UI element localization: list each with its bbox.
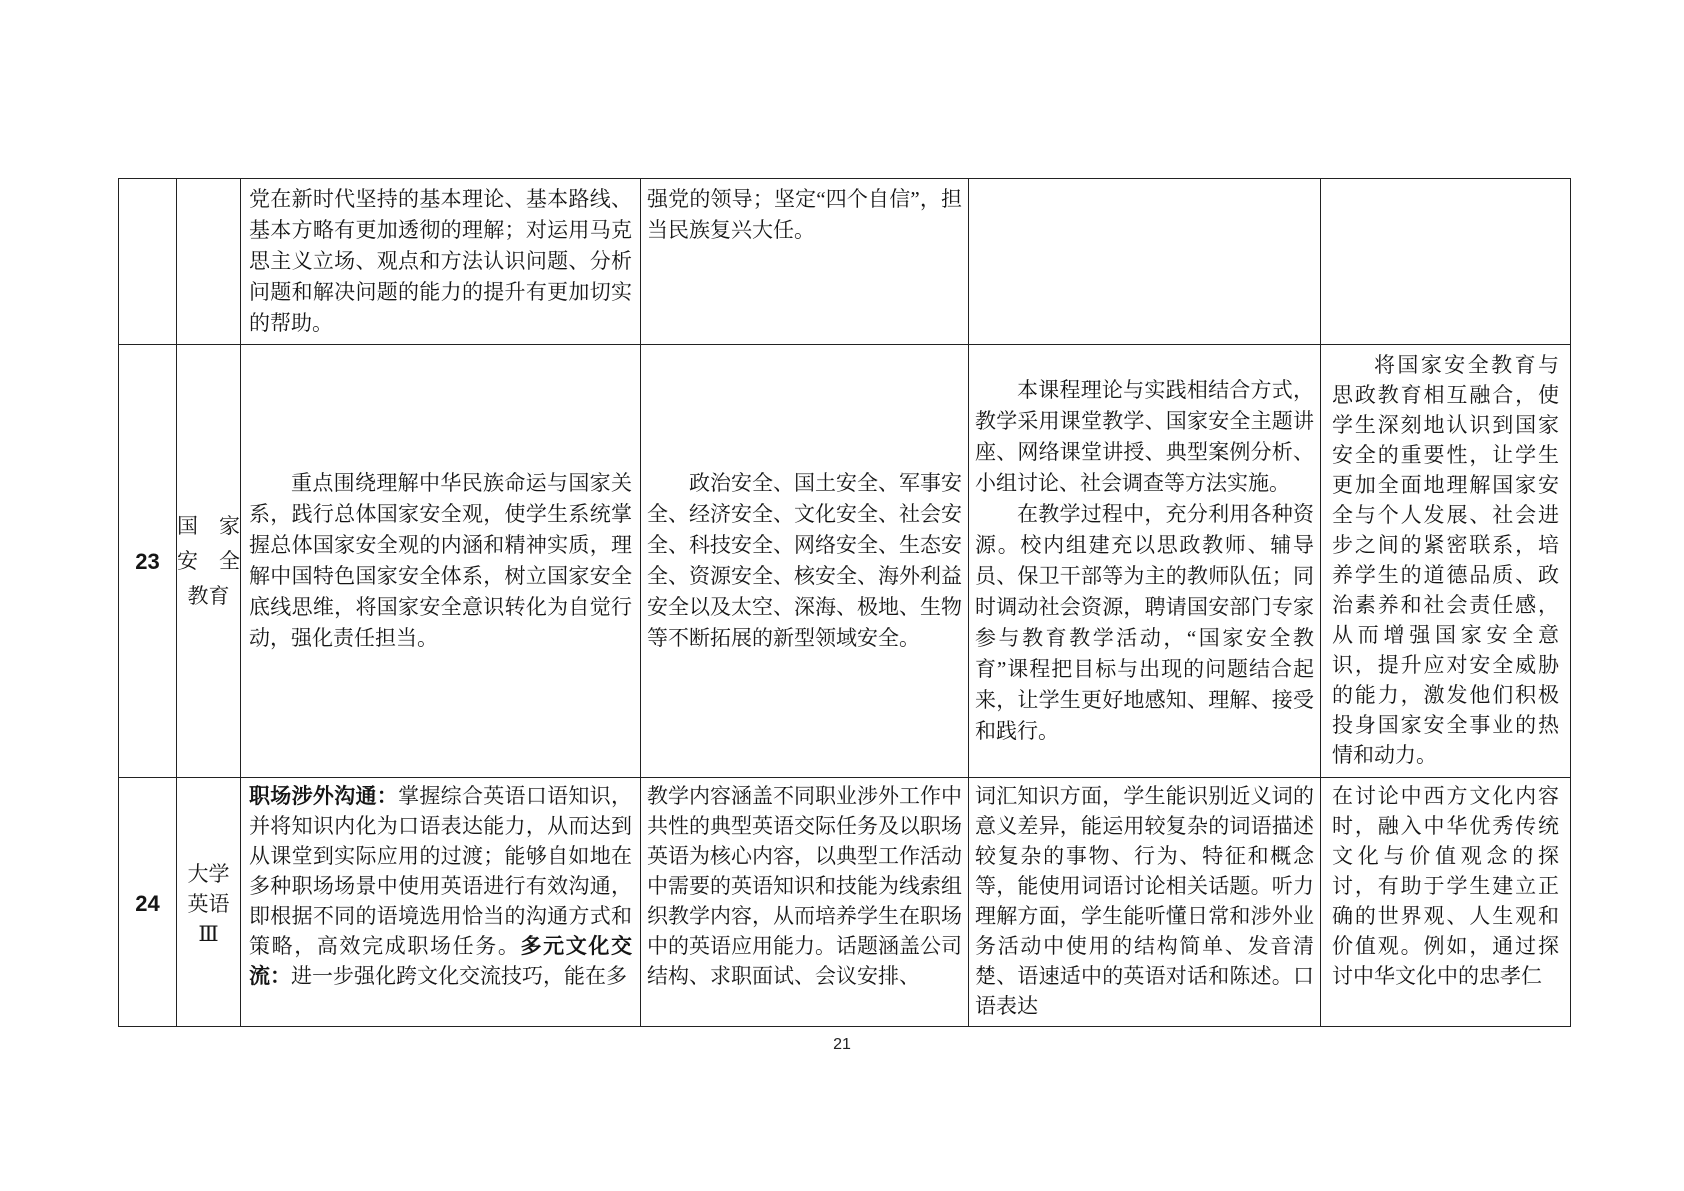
course-name-line: 国 家 <box>177 509 240 544</box>
table-row-23: 23 国 家 安 全 教育 重点围绕理解中华民族命运与国家关系，践行总体国家安全… <box>119 345 1571 778</box>
row24-course-cell: 大学 英语 Ⅲ <box>177 778 241 1027</box>
row23-col3-cell: 重点围绕理解中华民族命运与国家关系，践行总体国家安全观，使学生系统掌握总体国家安… <box>241 345 641 778</box>
row23-seq-cell: 23 <box>119 345 177 778</box>
cont-col6-cell <box>1321 179 1571 345</box>
body-text: 进一步强化跨文化交流技巧，能在多 <box>291 964 627 988</box>
course-name-line: 英语 <box>177 889 240 919</box>
row24-col6-cell: 在讨论中西方文化内容时，融入中华优秀传统文化与价值观念的探讨，有助于学生建立正确… <box>1321 778 1571 1027</box>
course-name-line: Ⅲ <box>177 919 240 949</box>
cont-course-cell <box>177 179 241 345</box>
cont-col3-text: 党在新时代坚持的基本理论、基本路线、基本方略有更加透彻的理解；对运用马克思主义立… <box>249 184 632 339</box>
row23-col6-cell: 将国家安全教育与思政教育相互融合，使学生深刻地认识到国家安全的重要性，让学生更加… <box>1321 345 1571 778</box>
course-table: 党在新时代坚持的基本理论、基本路线、基本方略有更加透彻的理解；对运用马克思主义立… <box>118 178 1571 1027</box>
cont-seq-cell <box>119 179 177 345</box>
bold-term: 职场涉外沟通： <box>249 784 398 808</box>
cont-col3-cell: 党在新时代坚持的基本理论、基本路线、基本方略有更加透彻的理解；对运用马克思主义立… <box>241 179 641 345</box>
row23-col5-cell: 本课程理论与实践相结合方式，教学采用课堂教学、国家安全主题讲座、网络课堂讲授、典… <box>969 345 1321 778</box>
row24-col3-text: 职场涉外沟通：掌握综合英语口语知识，并将知识内化为口语表达能力，从而达到从课堂到… <box>249 781 632 991</box>
course-name-line: 教育 <box>177 579 240 614</box>
row23-col3-text: 重点围绕理解中华民族命运与国家关系，践行总体国家安全观，使学生系统掌握总体国家安… <box>249 468 632 654</box>
row24-col6-text: 在讨论中西方文化内容时，融入中华优秀传统文化与价值观念的探讨，有助于学生建立正确… <box>1332 781 1559 991</box>
row23-col5-paragraph-2: 在教学过程中，充分利用各种资源。校内组建充以思政教师、辅导员、保卫干部等为主的教… <box>975 499 1314 747</box>
cont-col5-cell <box>969 179 1321 345</box>
course-name-line: 安 全 <box>177 544 240 579</box>
row23-col6-text: 将国家安全教育与思政教育相互融合，使学生深刻地认识到国家安全的重要性，让学生更加… <box>1332 350 1559 770</box>
body-text: 掌握综合英语口语知识，并将知识内化为口语表达能力，从而达到从课堂到实际应用的过渡… <box>249 784 632 958</box>
row24-col5-cell: 词汇知识方面，学生能识别近义词的意义差异，能运用较复杂的词语描述较复杂的事物、行… <box>969 778 1321 1027</box>
cont-col4-cell: 强党的领导；坚定“四个自信”，担当民族复兴大任。 <box>641 179 969 345</box>
row24-col3-cell: 职场涉外沟通：掌握综合英语口语知识，并将知识内化为口语表达能力，从而达到从课堂到… <box>241 778 641 1027</box>
row23-col4-text: 政治安全、国土安全、军事安全、经济安全、文化安全、社会安全、科技安全、网络安全、… <box>647 468 962 654</box>
row23-course-cell: 国 家 安 全 教育 <box>177 345 241 778</box>
page-number: 21 <box>0 1036 1684 1054</box>
row24-col5-text: 词汇知识方面，学生能识别近义词的意义差异，能运用较复杂的词语描述较复杂的事物、行… <box>975 781 1314 1021</box>
cont-col4-text: 强党的领导；坚定“四个自信”，担当民族复兴大任。 <box>647 184 962 246</box>
table-row-24: 24 大学 英语 Ⅲ 职场涉外沟通：掌握综合英语口语知识，并将知识内化为口语表达… <box>119 778 1571 1027</box>
row24-col4-cell: 教学内容涵盖不同职业涉外工作中共性的典型英语交际任务及以职场英语为核心内容，以典… <box>641 778 969 1027</box>
row23-col4-cell: 政治安全、国土安全、军事安全、经济安全、文化安全、社会安全、科技安全、网络安全、… <box>641 345 969 778</box>
table-row-continuation: 党在新时代坚持的基本理论、基本路线、基本方略有更加透彻的理解；对运用马克思主义立… <box>119 179 1571 345</box>
row24-seq-cell: 24 <box>119 778 177 1027</box>
row24-col4-text: 教学内容涵盖不同职业涉外工作中共性的典型英语交际任务及以职场英语为核心内容，以典… <box>647 781 962 991</box>
document-page: 党在新时代坚持的基本理论、基本路线、基本方略有更加透彻的理解；对运用马克思主义立… <box>0 0 1684 1191</box>
row23-col5-paragraph-1: 本课程理论与实践相结合方式，教学采用课堂教学、国家安全主题讲座、网络课堂讲授、典… <box>975 375 1314 499</box>
course-name-line: 大学 <box>177 859 240 889</box>
